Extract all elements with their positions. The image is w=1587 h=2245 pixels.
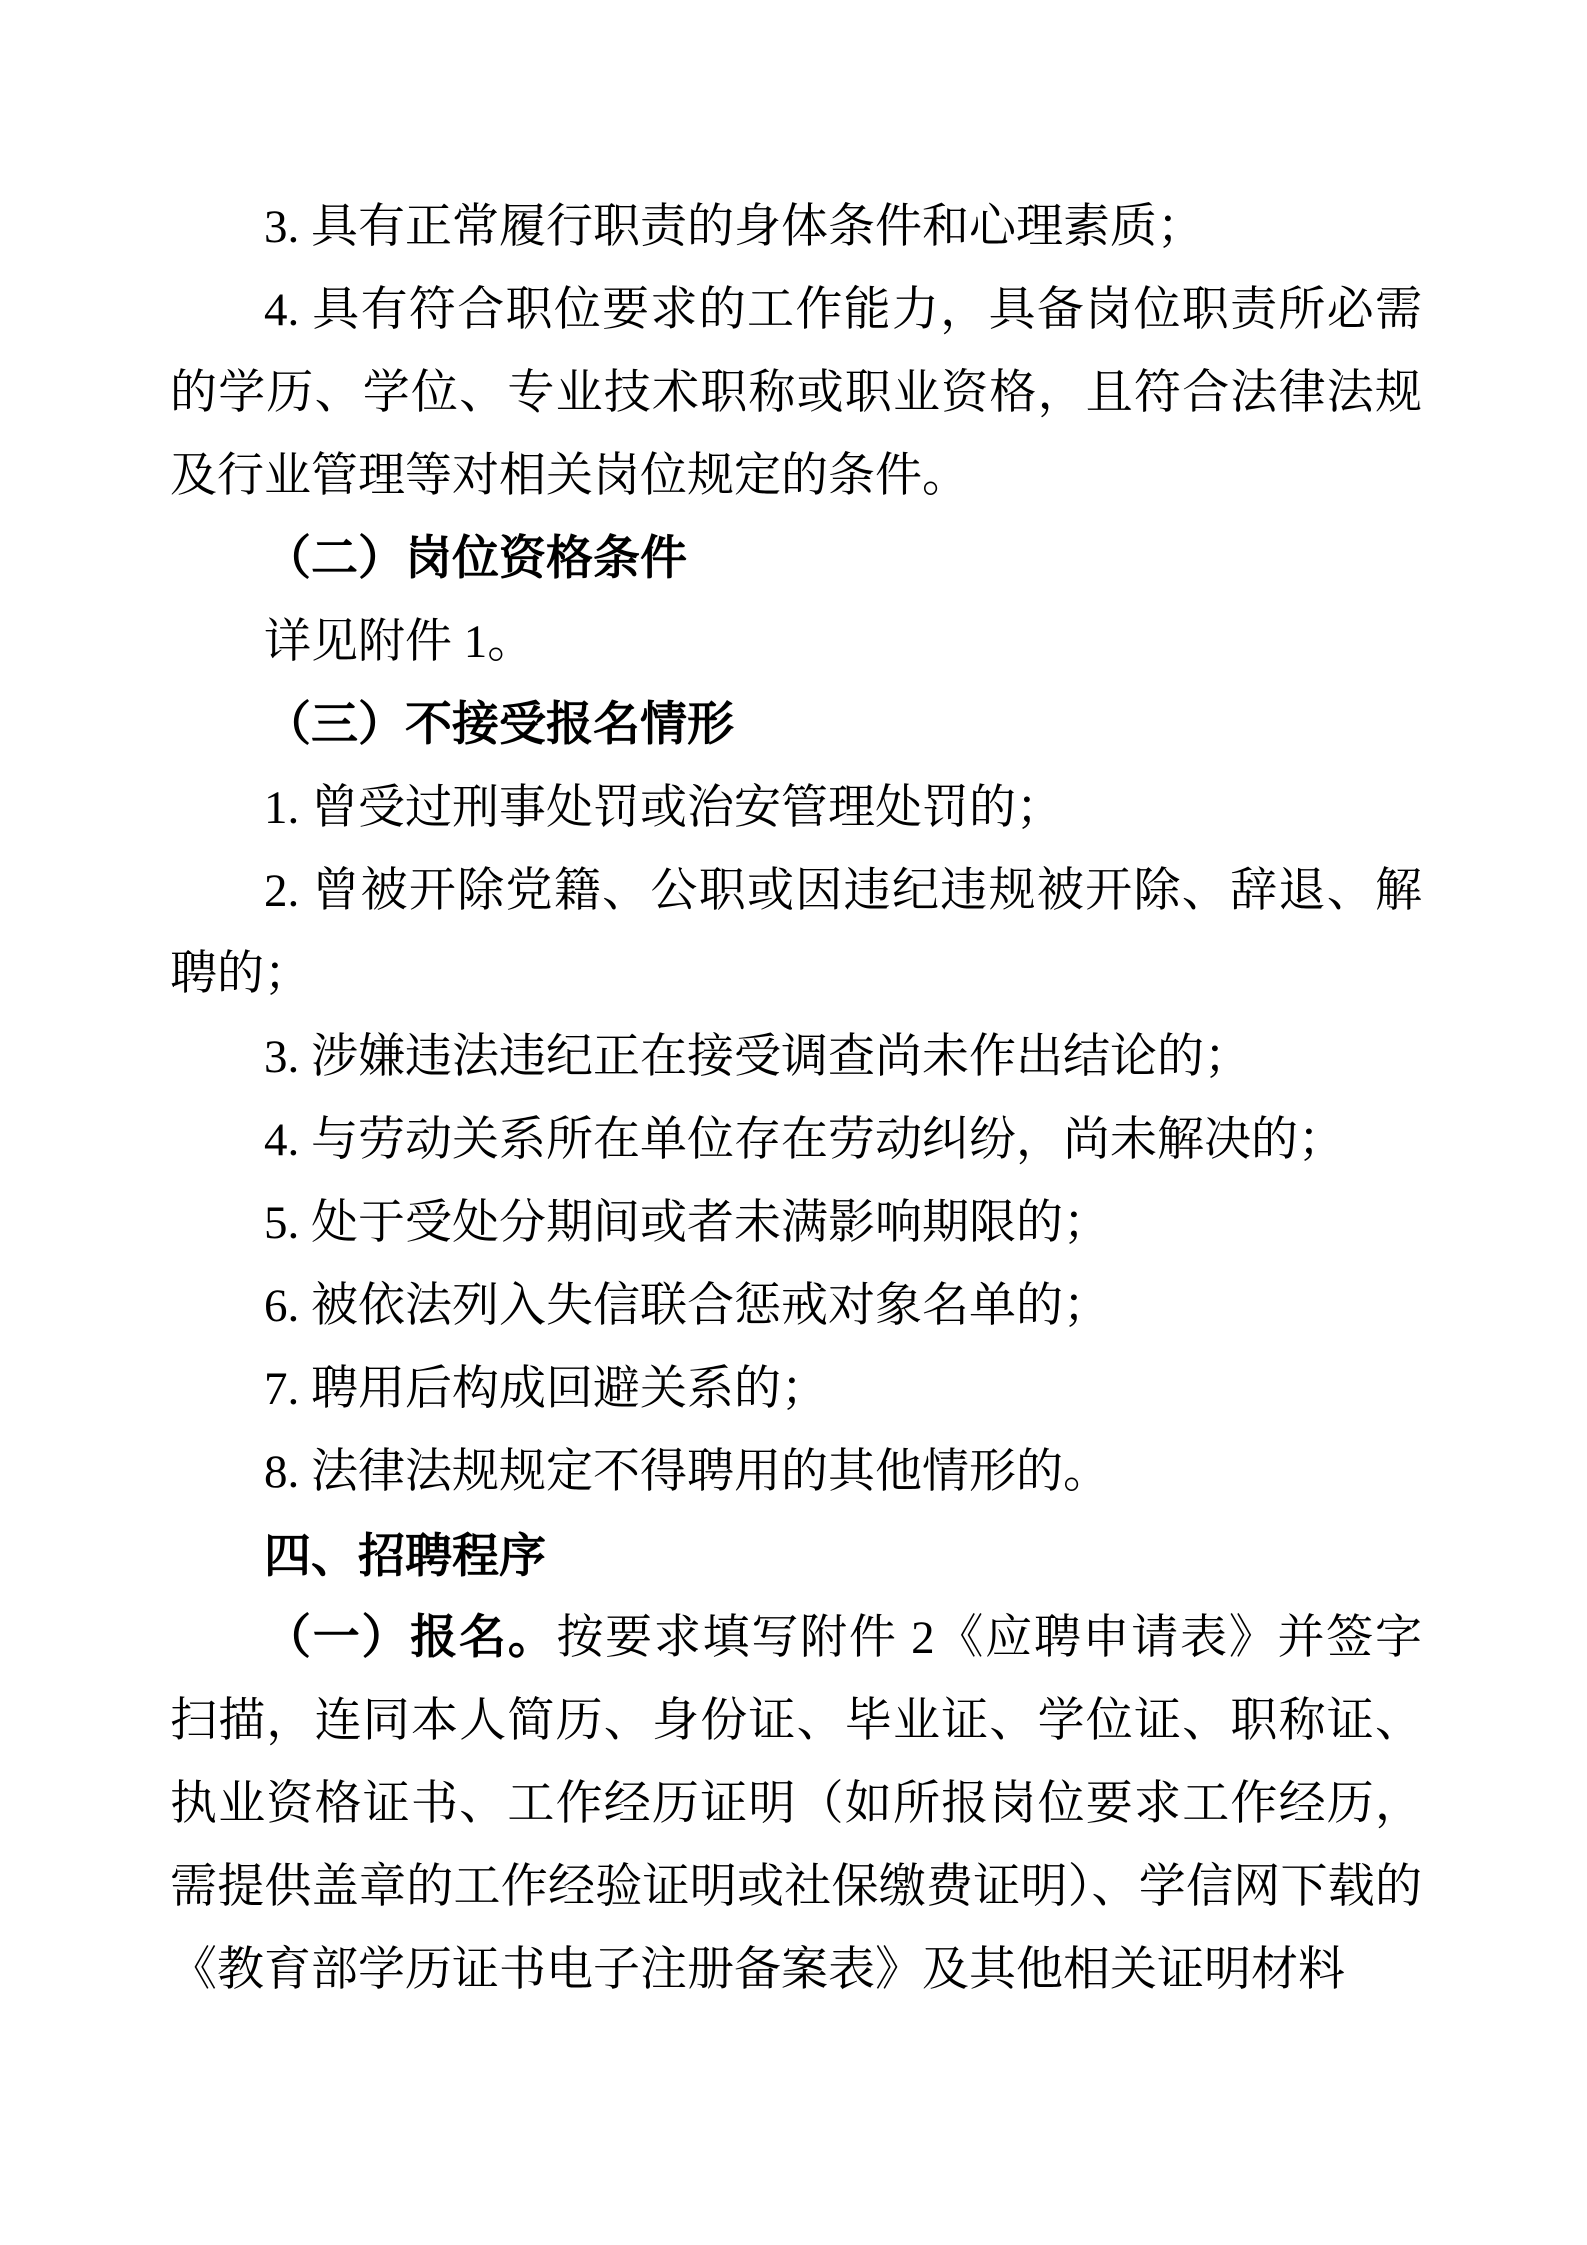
paragraph-sub-heading: （二）岗位资格条件 [170, 518, 1422, 601]
paragraph-text: 按要求填写附件 2《应聘申请表》并签字扫描，连同本人简历、身份证、毕业证、学位证… [170, 1612, 1422, 1996]
paragraph-text: 详见附件 1。 [264, 616, 534, 668]
paragraph-text: 8. 法律法规规定不得聘用的其他情形的。 [264, 1446, 1110, 1498]
paragraph-text: 4. 与劳动关系所在单位存在劳动纠纷，尚未解决的； [264, 1114, 1345, 1166]
paragraph-body: 1. 曾受过刑事处罚或治安管理处罚的； [170, 767, 1422, 850]
paragraph-text: 6. 被依法列入失信联合惩戒对象名单的； [264, 1280, 1110, 1332]
paragraph-text: 3. 具有正常履行职责的身体条件和心理素质； [264, 201, 1204, 253]
paragraph-text: 2. 曾被开除党籍、公职或因违纪违规被开除、辞退、解聘的； [170, 865, 1422, 1000]
paragraph-body: 2. 曾被开除党籍、公职或因违纪违规被开除、辞退、解聘的； [170, 850, 1422, 1016]
paragraph-body: 4. 具有符合职位要求的工作能力，具备岗位职责所必需的学历、学位、专业技术职称或… [170, 269, 1422, 518]
paragraph-text: 3. 涉嫌违法违纪正在接受调查尚未作出结论的； [264, 1031, 1251, 1083]
document-page: 3. 具有正常履行职责的身体条件和心理素质；4. 具有符合职位要求的工作能力，具… [0, 0, 1587, 2245]
paragraph-text: （三）不接受报名情形 [264, 699, 734, 751]
paragraph-body: 4. 与劳动关系所在单位存在劳动纠纷，尚未解决的； [170, 1099, 1422, 1182]
paragraph-body: 5. 处于受处分期间或者未满影响期限的； [170, 1182, 1422, 1265]
document-body: 3. 具有正常履行职责的身体条件和心理素质；4. 具有符合职位要求的工作能力，具… [0, 0, 1587, 2012]
paragraph-body: 7. 聘用后构成回避关系的； [170, 1348, 1422, 1431]
paragraph-body: 6. 被依法列入失信联合惩戒对象名单的； [170, 1265, 1422, 1348]
paragraph-text: 5. 处于受处分期间或者未满影响期限的； [264, 1197, 1110, 1249]
paragraph-heading: 四、招聘程序 [170, 1514, 1422, 1597]
paragraph-body: （一）报名。按要求填写附件 2《应聘申请表》并签字扫描，连同本人简历、身份证、毕… [170, 1597, 1422, 2012]
paragraph-body: 详见附件 1。 [170, 601, 1422, 684]
paragraph-text: 1. 曾受过刑事处罚或治安管理处罚的； [264, 782, 1063, 834]
paragraph-text: 四、招聘程序 [264, 1529, 546, 1582]
paragraph-text: （二）岗位资格条件 [264, 533, 687, 585]
paragraph-text: 7. 聘用后构成回避关系的； [264, 1363, 828, 1415]
paragraph-sub-heading: （三）不接受报名情形 [170, 684, 1422, 767]
paragraph-body: 3. 涉嫌违法违纪正在接受调查尚未作出结论的； [170, 1016, 1422, 1099]
paragraph-text: 4. 具有符合职位要求的工作能力，具备岗位职责所必需的学历、学位、专业技术职称或… [170, 284, 1422, 502]
paragraph-body: 3. 具有正常履行职责的身体条件和心理素质； [170, 186, 1422, 269]
paragraph-lead: （一）报名。 [264, 1612, 556, 1664]
paragraph-body: 8. 法律法规规定不得聘用的其他情形的。 [170, 1431, 1422, 1514]
